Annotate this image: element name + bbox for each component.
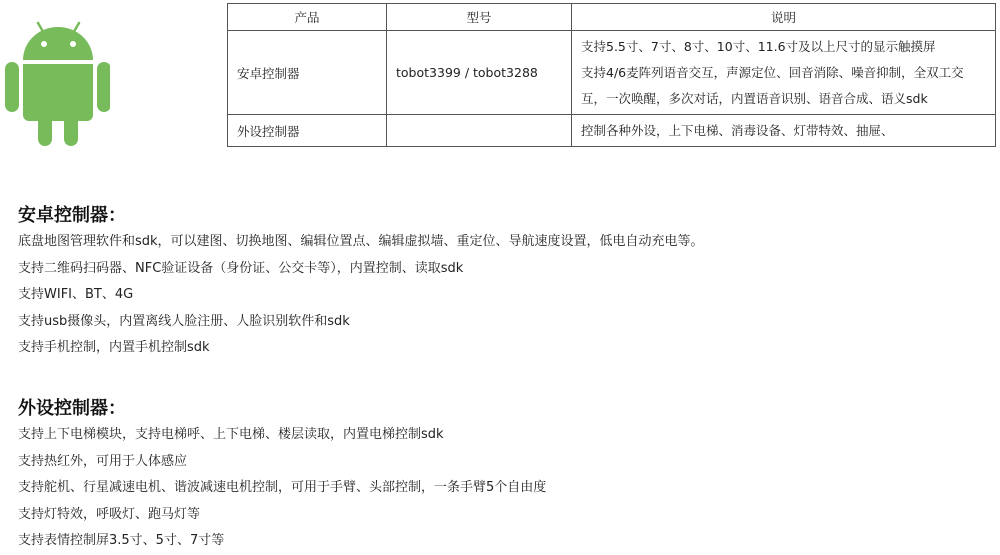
header-model: 型号 [387,4,572,31]
feature-line: 支持灯特效，呼吸灯、跑马灯等 [18,502,546,529]
feature-line: 支持上下电梯模块，支持电梯呼、上下电梯、楼层读取，内置电梯控制sdk [18,422,546,449]
feature-line: 支持表情控制屏3.5寸、5寸、7寸等 [18,528,546,555]
section-title: 安卓控制器： [18,203,704,229]
section-title: 外设控制器： [18,396,546,422]
cell-description: 支持5.5寸、7寸、8寸、10寸、11.6寸及以上尺寸的显示触摸屏 支持4/6麦… [572,31,996,115]
feature-line: 底盘地图管理软件和sdk，可以建图、切换地图、编辑位置点、编辑虚拟墙、重定位、导… [18,229,704,256]
cell-product: 外设控制器 [228,115,387,147]
section-peripheral-controller: 外设控制器： 支持上下电梯模块，支持电梯呼、上下电梯、楼层读取，内置电梯控制sd… [18,396,546,555]
header-description: 说明 [572,4,996,31]
table-header-row: 产品 型号 说明 [228,4,996,31]
section-android-controller: 安卓控制器： 底盘地图管理软件和sdk，可以建图、切换地图、编辑位置点、编辑虚拟… [18,203,704,362]
feature-line: 支持热红外，可用于人体感应 [18,449,546,476]
feature-line: 支持WIFI、BT、4G [18,282,704,309]
feature-line: 支持usb摄像头，内置离线人脸注册、人脸识别软件和sdk [18,309,704,336]
cell-description: 控制各种外设，上下电梯、消毒设备、灯带特效、抽屉、 [572,115,996,147]
description-line: 互，一次唤醒，多次对话，内置语音识别、语音合成、语义sdk [581,86,986,112]
feature-line: 支持舵机、行星减速电机、谐波减速电机控制，可用于手臂、头部控制，一条手臂5个自由… [18,475,546,502]
android-robot-icon [4,18,110,146]
header-product: 产品 [228,4,387,31]
product-table: 产品 型号 说明 安卓控制器 tobot3399 / tobot3288 支持5… [227,3,996,147]
description-line: 控制各种外设，上下电梯、消毒设备、灯带特效、抽屉、 [581,118,986,144]
description-line: 支持4/6麦阵列语音交互，声源定位、回音消除、噪音抑制，全双工交 [581,60,986,86]
description-line: 支持5.5寸、7寸、8寸、10寸、11.6寸及以上尺寸的显示触摸屏 [581,34,986,60]
feature-line: 支持二维码扫码器、NFC验证设备（身份证、公交卡等），内置控制、读取sdk [18,256,704,283]
table-row: 外设控制器 控制各种外设，上下电梯、消毒设备、灯带特效、抽屉、 [228,115,996,147]
feature-line: 支持手机控制，内置手机控制sdk [18,335,704,362]
cell-model [387,115,572,147]
cell-model: tobot3399 / tobot3288 [387,31,572,115]
cell-product: 安卓控制器 [228,31,387,115]
table-row: 安卓控制器 tobot3399 / tobot3288 支持5.5寸、7寸、8寸… [228,31,996,115]
